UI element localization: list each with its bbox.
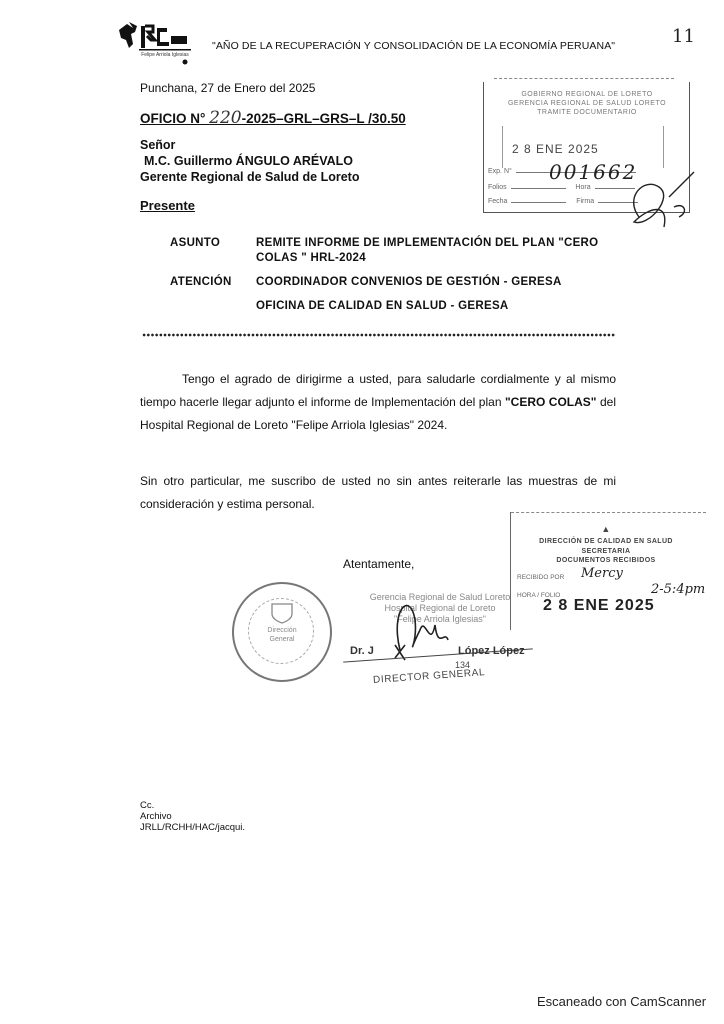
closing-salutation: Atentamente, [343,557,414,571]
atencion-value-1: COORDINADOR CONVENIOS DE GESTIÓN - GERES… [256,275,610,290]
asunto-label: ASUNTO [170,236,256,266]
shield-icon: ▲ [511,524,701,534]
reception-stamp-gerencia: GOBIERNO REGIONAL DE LORETO GERENCIA REG… [483,82,690,213]
body-paragraph-1: Tengo el agrado de dirigirme a usted, pa… [140,368,616,437]
carbon-copy: Cc. Archivo JRLL/RCHH/HAC/jacqui. [140,800,245,833]
atencion-row: ATENCIÓN COORDINADOR CONVENIOS DE GESTIÓ… [170,275,610,290]
salutation: Señor [140,137,359,153]
year-motto: "AÑO DE LA RECUPERACIÓN Y CONSOLIDACIÓN … [212,40,615,52]
stamp-date: 2 8 ENE 2025 [543,597,655,615]
recipient-title: Gerente Regional de Salud de Loreto [140,169,359,185]
letter-meta: ASUNTO REMITE INFORME DE IMPLEMENTACIÓN … [170,236,610,323]
coat-of-arms-icon [270,602,294,624]
signer-name: Dr. J [350,645,374,657]
asunto-row: ASUNTO REMITE INFORME DE IMPLEMENTACIÓN … [170,236,610,266]
svg-text:Felipe Arriola Iglesias: Felipe Arriola Iglesias [141,52,189,58]
hospital-logo: Felipe Arriola Iglesias [115,18,207,66]
stamp-date: 2 8 ENE 2025 [512,142,599,156]
handwritten-page-mark: 11 [672,26,695,47]
presente-label: Presente [140,198,195,213]
stamp-signature [619,167,699,237]
atencion-label: ATENCIÓN [170,275,256,290]
oficio-number: OFICIO N° 220-2025–GRL–GRS–L /30.50 [140,108,406,128]
letter-body: Tengo el agrado de dirigirme a usted, pa… [140,368,616,516]
recipient-block: Señor M.C. Guillermo ÁNGULO ARÉVALO Gere… [140,137,359,185]
director-signature [390,590,460,680]
signer-surname: López López [458,645,525,657]
asterisk-divider [142,332,616,340]
scanner-watermark: Escaneado con CamScanner [537,994,706,1009]
official-seal: Dirección General [232,582,332,682]
recipient-name: M.C. Guillermo ÁNGULO ARÉVALO [140,153,359,169]
atencion-value-2: OFICINA DE CALIDAD EN SALUD - GERESA [256,299,610,314]
body-paragraph-2: Sin otro particular, me suscribo de uste… [140,470,616,516]
received-time: 2-5:4pm [651,582,705,597]
received-by-signature: Mercy [581,566,623,581]
place-date: Punchana, 27 de Enero del 2025 [140,81,315,95]
stamp-header: GOBIERNO REGIONAL DE LORETO GERENCIA REG… [492,90,682,117]
handwritten-oficio-number: 220 [209,108,241,128]
asunto-value: REMITE INFORME DE IMPLEMENTACIÓN DEL PLA… [256,236,610,266]
